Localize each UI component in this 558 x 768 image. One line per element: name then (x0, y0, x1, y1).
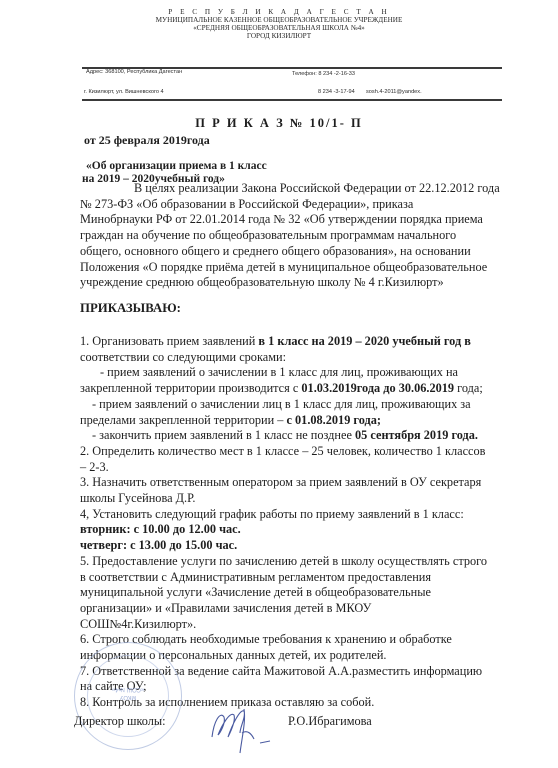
preamble-line: общего, основного общего и среднего обще… (80, 244, 528, 260)
item-4-schedule: вторник: с 10.00 до 12.00 час. (80, 522, 528, 538)
signature-label: Директор школы: (74, 714, 166, 729)
item-3-line: школы Гусейнова Д.Р. (80, 491, 528, 507)
item-1-line: соответствии со следующими сроками: (80, 350, 528, 366)
handwritten-signature-icon (206, 703, 276, 757)
header-divider-bottom (82, 99, 502, 101)
preamble-line: учреждение среднюю общеобразовательную ш… (80, 275, 528, 291)
letterhead-institution-line2: «СРЕДНЯЯ ОБЩЕОБРАЗОВАТЕЛЬНАЯ ШКОЛА №4» (0, 24, 558, 32)
preamble-line: В целях реализации Закона Российской Фед… (80, 181, 528, 197)
stamp-text-line: «СОШ №4» (75, 685, 181, 693)
item-text: пределами закрепленной территории – (80, 413, 286, 427)
letterhead-republic: Р Е С П У Б Л И К А Д А Г Е С Т А Н (0, 8, 558, 16)
official-stamp: МКОУ «СОШ №4» (74, 642, 182, 750)
item-1-sub: - прием заявлений о зачислении лиц в 1 к… (80, 397, 528, 413)
item-1-sub: - прием заявлений о зачислении в 1 класс… (80, 365, 528, 381)
directive-heading: ПРИКАЗЫВАЮ: (80, 301, 181, 316)
item-text: года; (454, 381, 483, 395)
item-1: 1. Организовать прием заявлений в 1 клас… (80, 334, 528, 350)
order-date: от 25 февраля 2019года (84, 133, 210, 148)
item-2: 2. Определить количество мест в 1 классе… (80, 444, 528, 460)
item-text: закрепленной территории производится с (80, 381, 301, 395)
preamble-line: Положения «О порядке приёма детей в муни… (80, 260, 528, 276)
order-title: П Р И К А З № 10/1- П (0, 116, 558, 131)
item-4-schedule: четверг: с 13.00 до 15.00 час. (80, 538, 528, 554)
item-5-line: СОШ№4г.Кизилюрт». (80, 617, 528, 633)
item-bold-text: 05 сентября 2019 года. (355, 428, 478, 442)
item-text: - закончить прием заявлений в 1 класс не… (92, 428, 355, 442)
preamble-line: Минобрнауки РФ от 22.01.2014 года № 32 «… (80, 212, 528, 228)
address-line1: Адрес: 368100, Республика Дагестан (86, 69, 182, 75)
email: sosh.4-2011@yandex. (366, 89, 422, 95)
item-bold-text: 01.03.2019года до 30.06.2019 (301, 381, 454, 395)
letterhead-city: ГОРОД КИЗИЛЮРТ (0, 32, 558, 40)
subject-line1: «Об организации приема в 1 класс (86, 160, 267, 173)
signatory-name: Р.О.Ибрагимова (288, 714, 372, 729)
item-5-line: муниципальной услуги «Зачисление детей в… (80, 585, 528, 601)
item-1-sub: пределами закрепленной территории – с 01… (80, 413, 528, 429)
phone1: Телефон: 8 234 -2-16-33 (292, 71, 355, 77)
preamble-line: № 273-ФЗ «Об образовании в Российской Фе… (80, 197, 528, 213)
preamble: В целях реализации Закона Российской Фед… (80, 181, 528, 291)
item-3: 3. Назначить ответственным оператором за… (80, 475, 528, 491)
item-5: 5. Предоставление услуги по зачислению д… (80, 554, 528, 570)
preamble-line: граждан на обучение по общеобразовательн… (80, 228, 528, 244)
item-1-sub: закрепленной территории производится с 0… (80, 381, 528, 397)
stamp-text: МКОУ «СОШ №4» (75, 685, 181, 701)
letterhead-institution-line1: МУНИЦИПАЛЬНОЕ КАЗЕННОЕ ОБЩЕОБРАЗОВАТЕЛЬН… (0, 16, 558, 24)
item-4: 4, Установить следующий график работы по… (80, 507, 528, 523)
item-1-sub: - закончить прием заявлений в 1 класс не… (80, 428, 528, 444)
item-5-line: организации» и «Правилами зачисления дет… (80, 601, 528, 617)
stamp-text-line: МКОУ (75, 693, 181, 701)
item-2-line: – 2-3. (80, 460, 528, 476)
address-line2: г. Кизилюрт, ул. Вишневского 4 (84, 89, 164, 95)
item-text: 1. Организовать прием заявлений (80, 334, 258, 348)
phone2: 8 234 -3-17-94 (318, 89, 355, 95)
item-5-line: в соответствии с Административным реглам… (80, 570, 528, 586)
item-bold-text: в 1 класс на 2019 – 2020 учебный год в (258, 334, 470, 348)
item-bold-text: с 01.08.2019 года; (286, 413, 380, 427)
